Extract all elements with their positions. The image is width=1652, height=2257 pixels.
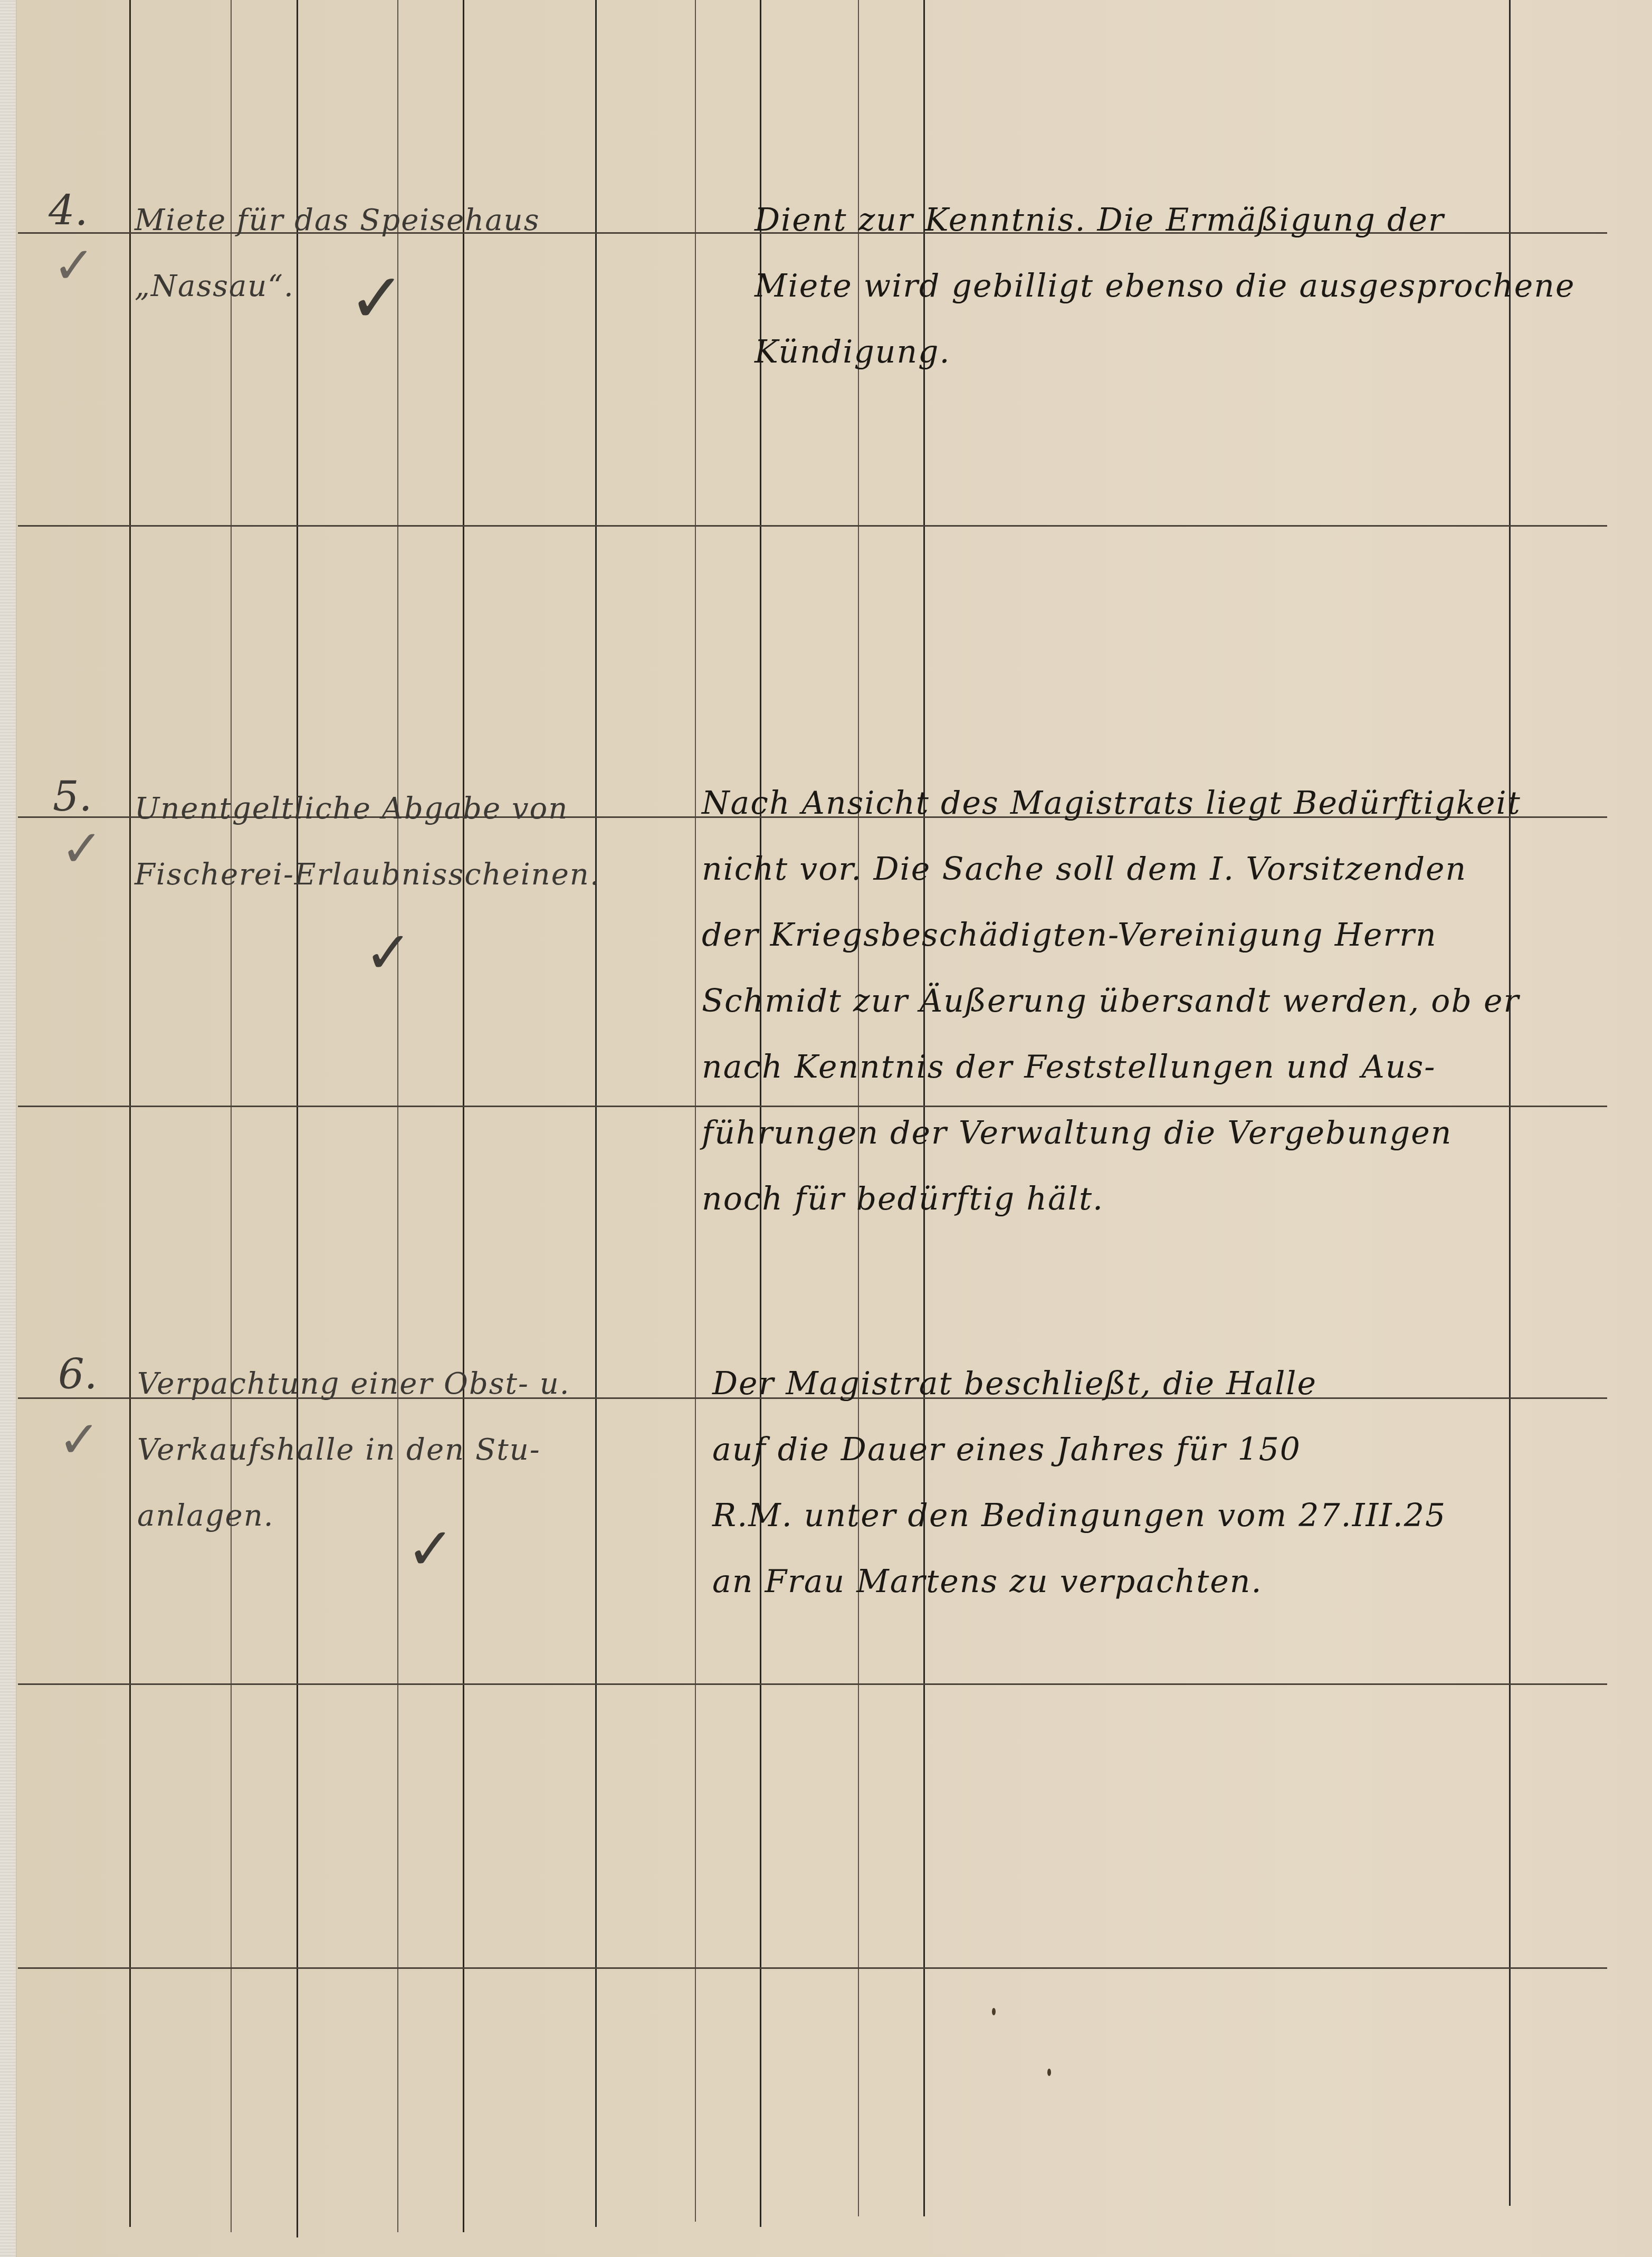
decision-line: noch für bedürftig hält.: [702, 1166, 1521, 1232]
decision-line: auf die Dauer eines Jahres für 150: [712, 1417, 1446, 1483]
subject-line: Miete für das Speisehaus: [135, 187, 540, 253]
paper-speck: [1047, 2069, 1051, 2076]
check-mark-icon: ✓: [58, 1414, 100, 1465]
entry-decision: Dient zur Kenntnis. Die Ermäßigung der M…: [755, 187, 1575, 385]
decision-line: Miete wird gebilligt ebenso die ausgespr…: [755, 253, 1575, 319]
decision-line: R.M. unter den Bedingungen vom 27.III.25: [712, 1483, 1446, 1549]
column-rule: [463, 0, 464, 2232]
column-rule: [129, 0, 131, 2227]
paper-speck: [992, 2008, 996, 2015]
subject-line: „Nassau“.: [135, 253, 540, 319]
subject-line: Verkaufshalle in den Stu-: [137, 1417, 570, 1483]
entry-decision: Nach Ansicht des Magistrats liegt Bedürf…: [702, 770, 1521, 1232]
row-rule: [18, 1967, 1607, 1969]
entry-subject: Unentgeltliche Abgabe von Fischerei-Erla…: [135, 776, 600, 908]
decision-line: nach Kenntnis der Feststellungen und Aus…: [702, 1034, 1521, 1100]
decision-line: Schmidt zur Äußerung übersandt werden, o…: [702, 968, 1521, 1034]
subject-line: Fischerei-Erlaubnisscheinen.: [135, 842, 600, 908]
decision-line: der Kriegsbeschädigten-Vereinigung Herrn: [702, 902, 1521, 968]
check-mark-icon: ✓: [61, 823, 103, 874]
decision-line: führungen der Verwaltung die Vergebungen: [702, 1100, 1521, 1166]
decision-line: Der Magistrat beschließt, die Halle: [712, 1351, 1446, 1417]
column-rule: [231, 0, 232, 2232]
column-rule: [297, 0, 298, 2237]
check-mark-icon: ✓: [364, 923, 413, 982]
decision-line: Nach Ansicht des Magistrats liegt Bedürf…: [702, 770, 1521, 836]
subject-line: anlagen.: [137, 1483, 570, 1549]
subject-line: Verpachtung einer Obst- u.: [137, 1351, 570, 1417]
entry-decision: Der Magistrat beschließt, die Halle auf …: [712, 1351, 1446, 1615]
entry-subject: Verpachtung einer Obst- u. Verkaufshalle…: [137, 1351, 570, 1549]
check-mark-icon: ✓: [348, 264, 406, 332]
column-rule: [595, 0, 597, 2227]
check-mark-icon: ✓: [53, 240, 95, 291]
column-rule: [695, 0, 696, 2222]
decision-line: Dient zur Kenntnis. Die Ermäßigung der: [755, 187, 1575, 253]
decision-line: Kündigung.: [755, 319, 1575, 385]
book-binding-edge: [0, 0, 17, 2257]
entry-number: 4.: [49, 187, 88, 235]
entry-subject: Miete für das Speisehaus „Nassau“.: [135, 187, 540, 319]
row-rule: [18, 525, 1607, 527]
decision-line: nicht vor. Die Sache soll dem I. Vorsitz…: [702, 836, 1521, 902]
entry-number: 6.: [58, 1351, 97, 1398]
subject-line: Unentgeltliche Abgabe von: [135, 776, 600, 842]
check-mark-icon: ✓: [406, 1520, 455, 1578]
entry-number: 5.: [53, 773, 92, 821]
row-rule: [18, 1683, 1607, 1685]
decision-line: an Frau Martens zu verpachten.: [712, 1549, 1446, 1615]
